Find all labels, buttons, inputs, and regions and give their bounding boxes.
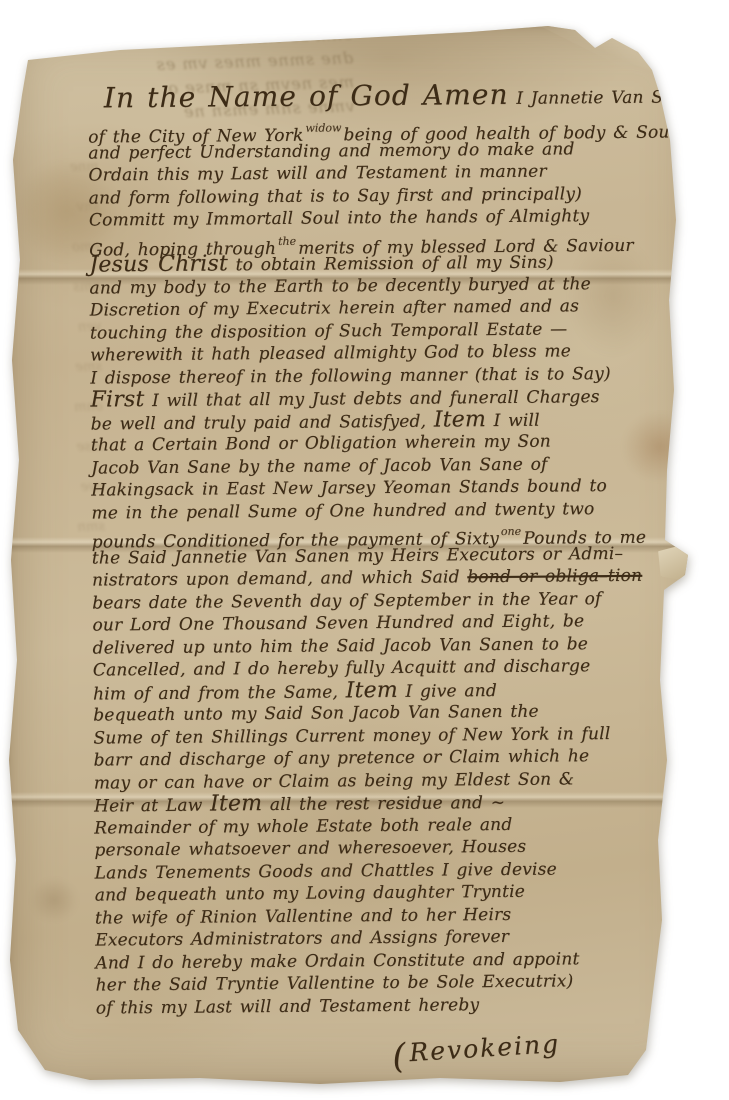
manuscript-text-block: In the Name of God Amen I Jannetie Van S… (88, 73, 675, 1073)
manuscript-text: Ordain this my Last will and Testament i… (88, 162, 546, 186)
manuscript-text: Heir at Law (94, 796, 210, 817)
manuscript-text: one (501, 525, 521, 538)
manuscript-text: bears date the Seventh day of September … (92, 589, 601, 613)
manuscript-text: me in the penall Sume of One hundred and… (91, 499, 594, 523)
manuscript-text: the wife of Rinion Vallentine and to her… (95, 904, 511, 928)
closing-word-text: Revokeing (409, 1029, 561, 1067)
manuscript-text: touching the disposition of Such Tempora… (90, 319, 568, 343)
manuscript-text: her the Said Tryntie Vallentine to be So… (95, 971, 573, 995)
manuscript-text: widow (305, 121, 341, 134)
manuscript-text: Sume of ten Shillings Current money of N… (93, 724, 610, 749)
manuscript-line: In the Name of God Amen I Jannetie Van S… (88, 73, 666, 118)
manuscript-text: I will (486, 410, 540, 430)
manuscript-text: and form following that is to Say first … (89, 184, 582, 208)
manuscript-text: bond or obliga–tion (467, 566, 642, 588)
manuscript-text: Executors Administrators and Assigns for… (95, 927, 509, 951)
manuscript-text: Item (434, 407, 486, 432)
manuscript-text: to obtain Remission of all my Sins) (228, 252, 554, 275)
manuscript-text: and bequeath unto my Loving daughter Try… (95, 882, 525, 906)
manuscript-text: Lands Tenements Goods and Chattles I giv… (95, 859, 557, 883)
manuscript-text: the Said Jannetie Van Sanen my Heirs Exe… (92, 543, 623, 568)
manuscript-text: the (278, 234, 296, 247)
manuscript-text: delivered up unto him the Said Jacob Van… (93, 634, 589, 658)
manuscript-text: Discretion of my Executrix herein after … (90, 296, 579, 320)
manuscript-text: Cancelled, and I do hereby fully Acquitt… (93, 656, 591, 680)
manuscript-text: Hakingsack in East New Jarsey Yeoman Sta… (91, 476, 607, 500)
manuscript-line: God, hoping throughthemerits of my bless… (89, 227, 667, 255)
manuscript-text: Item (346, 677, 398, 702)
manuscript-text: and my body to the Earth to be decently … (89, 274, 591, 298)
manuscript-text: be well and truly paid and Satisfyed, (91, 411, 434, 434)
manuscript-line: of this my Last will and Testament hereb… (96, 992, 674, 1020)
manuscript-text: all the rest residue and ~ (262, 793, 505, 815)
manuscript-line: First I will that all my Just debts and … (90, 384, 668, 412)
manuscript-text: nistrators upon demand, and which Said (92, 567, 467, 590)
manuscript-closing-word: (Revokeing (391, 1023, 633, 1078)
manuscript-text: First (90, 387, 144, 412)
manuscript-text: may or can have or Claim as being my Eld… (94, 769, 575, 793)
manuscript-text: I Jannetie Van Sanen (509, 87, 700, 109)
manuscript-text: Jesus Christ (89, 251, 228, 277)
manuscript-text: Jacob Van Sane by the name of Jacob Van … (91, 454, 548, 478)
manuscript-text: of this my Last will and Testament hereb… (96, 995, 480, 1018)
manuscript-text: wherewith it hath pleased allmighty God … (90, 341, 571, 365)
manuscript-text: Remainder of my whole Estate both reale … (94, 814, 512, 838)
manuscript-text: I give and (398, 680, 497, 701)
manuscript-paper: enm se vnme o smrn ed dne smne mnes vm e… (8, 26, 700, 1084)
manuscript-text: personale whatsoever and wheresoever, Ho… (94, 837, 526, 861)
manuscript-text: barr and discharge of any pretence or Cl… (94, 746, 590, 770)
manuscript-text: Item (210, 791, 262, 816)
pen-flourish: ( (391, 1036, 409, 1077)
manuscript-text: In the Name of God Amen (104, 78, 509, 115)
manuscript-text: I will that all my Just debts and funera… (144, 387, 599, 411)
manuscript-text: Committ my Immortall Soul into the hands… (89, 206, 590, 230)
paper-stain (30, 878, 78, 922)
manuscript-text: I dispose thereof in the following manne… (90, 363, 611, 388)
manuscript-text: that a Certain Bond or Obligation wherei… (91, 432, 551, 456)
manuscript-paper-wrap: enm se vnme o smrn ed dne smne mnes vm e… (8, 26, 700, 1084)
manuscript-line: of the City of New Yorkwidowbeing of goo… (88, 114, 666, 142)
manuscript-text: our Lord One Thousand Seven Hundred and … (92, 611, 584, 635)
manuscript-text: bequeath unto my Said Son Jacob Van Sane… (93, 702, 539, 726)
manuscript-text: And I do hereby make Ordain Constitute a… (95, 949, 579, 973)
manuscript-text: him of and from the Same, (93, 682, 346, 704)
scan-background: { "page": { "background_color": "#ffffff… (0, 0, 729, 1100)
manuscript-text: and perfect Understanding and memory do … (88, 139, 574, 163)
